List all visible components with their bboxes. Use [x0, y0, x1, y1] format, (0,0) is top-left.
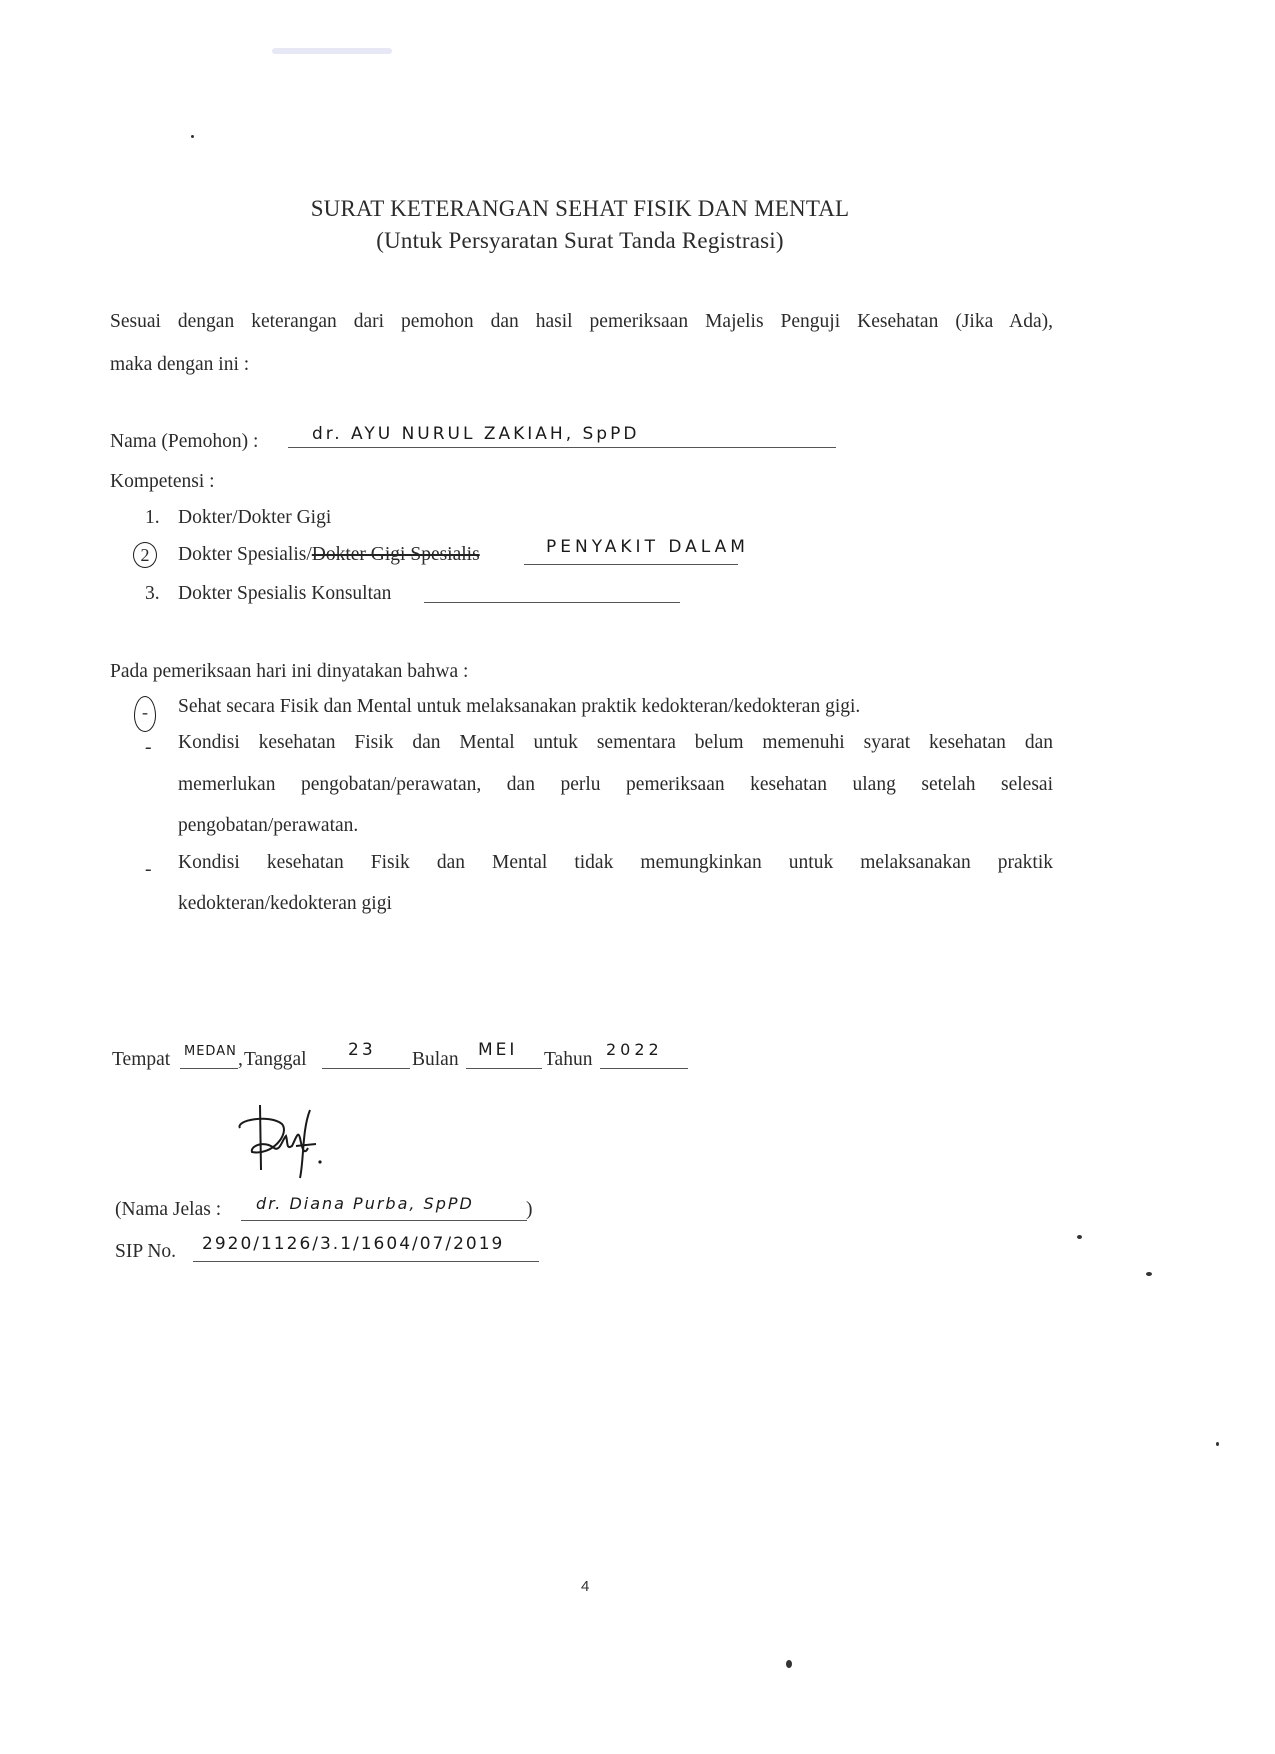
- exam-option-2-line-1[interactable]: Kondisi kesehatan Fisik dan Mental untuk…: [178, 733, 1053, 753]
- day-underline: [322, 1068, 410, 1069]
- month-label: Bulan: [412, 1050, 459, 1070]
- scan-smudge: [272, 48, 392, 54]
- year-field[interactable]: 2022: [606, 1040, 663, 1059]
- exam-option-2-line-2[interactable]: memerlukan pengobatan/perawatan, dan per…: [178, 775, 1053, 795]
- competence-item-2-text: Dokter Spesialis/: [178, 544, 312, 565]
- applicant-underline: [288, 447, 836, 448]
- signer-name-underline: [241, 1220, 527, 1221]
- applicant-label: Nama (Pemohon) :: [110, 432, 258, 452]
- document-title: SURAT KETERANGAN SEHAT FISIK DAN MENTAL: [0, 196, 1160, 222]
- document-subtitle: (Untuk Persyaratan Surat Tanda Registras…: [0, 228, 1160, 254]
- place-underline: [180, 1068, 238, 1069]
- exam-option-1-selected-circle[interactable]: -: [134, 696, 156, 732]
- place-field[interactable]: MEDAN: [184, 1044, 237, 1059]
- signature-icon: [230, 1100, 340, 1180]
- exam-option-3-marker: -: [145, 860, 152, 880]
- exam-option-2-line-3[interactable]: pengobatan/perawatan.: [178, 816, 358, 836]
- exam-option-3-line-2[interactable]: kedokteran/kedokteran gigi: [178, 894, 392, 914]
- day-label: Tanggal: [244, 1050, 307, 1070]
- exam-option-3-line-1[interactable]: Kondisi kesehatan Fisik dan Mental tidak…: [178, 853, 1053, 873]
- intro-line-2: maka dengan ini :: [110, 355, 249, 375]
- signer-name-label: (Nama Jelas :: [115, 1200, 221, 1220]
- scan-speck: [1077, 1235, 1082, 1239]
- year-label: Tahun: [544, 1050, 592, 1070]
- exam-option-1[interactable]: Sehat secara Fisik dan Mental untuk mela…: [178, 697, 860, 717]
- year-underline: [600, 1068, 688, 1069]
- day-comma: ,: [238, 1050, 243, 1070]
- competence-item-3-underline: [424, 602, 680, 603]
- signer-name-close: ): [526, 1200, 533, 1220]
- sip-label: SIP No.: [115, 1242, 176, 1262]
- competence-item-2-struck-text: Dokter Gigi Spesialis: [312, 544, 480, 565]
- month-field[interactable]: MEI: [478, 1040, 517, 1060]
- competence-item-2-selected-circle[interactable]: 2: [133, 542, 157, 568]
- competence-item-2-specialty-field[interactable]: PENYAKIT DALAM: [546, 537, 749, 557]
- scan-speck: [1216, 1442, 1219, 1446]
- month-underline: [466, 1068, 542, 1069]
- applicant-name-field[interactable]: dr. AYU NURUL ZAKIAH, SpPD: [312, 424, 639, 444]
- competence-item-3-marker: 3.: [145, 584, 160, 604]
- page-number: 4: [581, 1578, 589, 1595]
- competence-item-3[interactable]: Dokter Spesialis Konsultan: [178, 584, 391, 604]
- signer-name-field[interactable]: dr. Diana Purba, SpPD: [256, 1194, 474, 1213]
- scan-speck: [786, 1660, 792, 1668]
- competence-item-2-underline: [524, 564, 738, 565]
- scan-speck: [1146, 1272, 1152, 1276]
- intro-line-1: Sesuai dengan keterangan dari pemohon da…: [110, 312, 1053, 332]
- competence-item-2[interactable]: Dokter Spesialis/Dokter Gigi Spesialis: [178, 545, 480, 565]
- competence-item-1[interactable]: Dokter/Dokter Gigi: [178, 508, 331, 528]
- scan-speck: [191, 135, 194, 138]
- exam-option-2-marker: -: [145, 738, 152, 758]
- competence-label: Kompetensi :: [110, 472, 215, 492]
- exam-option-1-marker: -: [142, 702, 148, 722]
- competence-item-2-marker: 2: [141, 545, 150, 565]
- day-field[interactable]: 23: [348, 1040, 376, 1060]
- place-label: Tempat: [112, 1050, 170, 1070]
- competence-item-1-marker: 1.: [145, 508, 160, 528]
- exam-label: Pada pemeriksaan hari ini dinyatakan bah…: [110, 662, 468, 682]
- sip-underline: [193, 1261, 539, 1262]
- sip-number-field[interactable]: 2920/1126/3.1/1604/07/2019: [202, 1234, 504, 1254]
